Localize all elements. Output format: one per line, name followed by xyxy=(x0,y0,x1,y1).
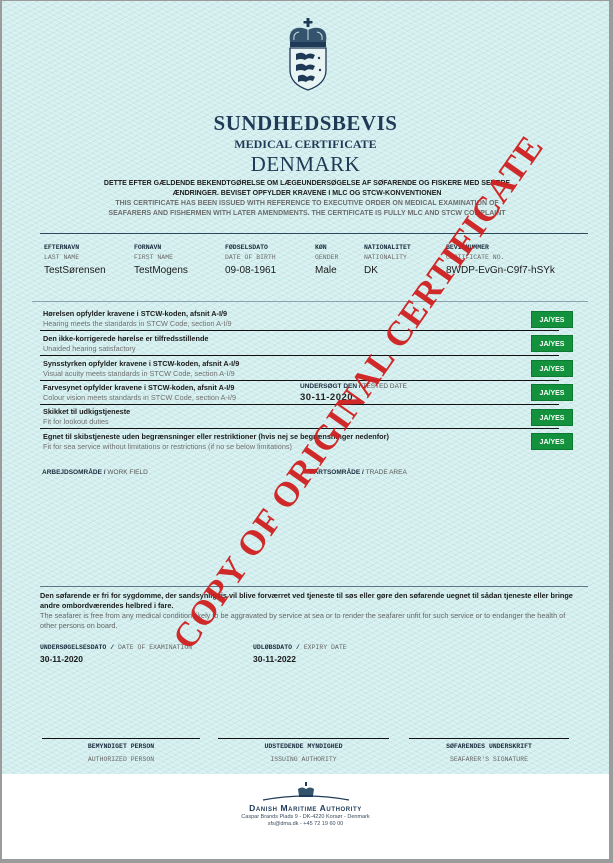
yes-badge: JA/YES xyxy=(531,311,573,328)
footer: Danish Maritime Authority Caspar Brands … xyxy=(2,780,609,827)
org-name: Danish Maritime Authority xyxy=(2,803,609,813)
requirement-row: Synsstyrken opfylder kravene i STCW-kode… xyxy=(40,356,559,381)
org-address: Caspar Brands Plads 9 - DK-4220 Korsør -… xyxy=(2,814,609,820)
certificate-body: SUNDHEDSBEVIS MEDICAL CERTIFICATE DENMAR… xyxy=(2,1,609,774)
work-field-label: ARBEJDSOMRÅDE / WORK FIELD xyxy=(42,469,148,476)
signature-seafarer: SØFARENDES UNDERSKRIFT SEAFARER'S SIGNAT… xyxy=(409,738,569,763)
danish-coat-of-arms-icon xyxy=(285,18,331,92)
yes-badge: JA/YES xyxy=(531,360,573,377)
yes-badge: JA/YES xyxy=(531,433,573,450)
signature-authorized-person: BEMYNDIGET PERSON AUTHORIZED PERSON xyxy=(42,738,200,763)
title-danish: SUNDHEDSBEVIS xyxy=(2,111,609,136)
requirement-row: Den ikke-korrigerede hørelse er tilfreds… xyxy=(40,331,559,356)
yes-badge: JA/YES xyxy=(531,335,573,352)
field-certificate-number: BEVISNUMMER CERTIFICATE NO. 8WDP-EvGn-C9… xyxy=(446,243,555,277)
country-title: DENMARK xyxy=(2,152,609,177)
field-last-name: EFTERNAVN LAST NAME TestSørensen xyxy=(44,243,106,277)
requirement-row: Hørelsen opfylder kravene i STCW-koden, … xyxy=(40,306,559,331)
intro-danish: DETTE EFTER GÆLDENDE BEKENDTGØRELSE OM L… xyxy=(102,179,512,199)
intro-text: DETTE EFTER GÆLDENDE BEKENDTGØRELSE OM L… xyxy=(102,179,512,219)
field-date-of-birth: FØDSELSDATO DATE OF BIRTH 09-08-1961 xyxy=(225,243,276,277)
trade-area-label: FARTSOMRÅDE / TRADE AREA xyxy=(310,469,407,476)
examination-date: UNDERSØGELSESDATO / DATE OF EXAMINATION … xyxy=(40,644,192,664)
divider xyxy=(40,233,588,234)
intro-english: THIS CERTIFICATE HAS BEEN ISSUED WITH RE… xyxy=(102,199,512,219)
crown-logo-icon xyxy=(261,780,351,802)
divider xyxy=(40,586,588,587)
requirement-row: Egnet til skibstjeneste uden begrænsning… xyxy=(40,429,559,453)
field-first-name: FORNAVN FIRST NAME TestMogens xyxy=(134,243,188,277)
divider xyxy=(32,301,588,302)
title-english: MEDICAL CERTIFICATE xyxy=(2,137,609,152)
expiry-date: UDLØBSDATO / EXPIRY DATE 30-11-2022 xyxy=(253,644,347,664)
fitness-declaration: Den søfarende er fri for sygdomme, der s… xyxy=(40,591,580,631)
tested-date: UNDERSØGT DEN / TESTED DATE 30-11-2020 xyxy=(300,383,407,403)
yes-badge: JA/YES xyxy=(531,384,573,401)
field-gender: KØN GENDER Male xyxy=(315,243,338,277)
requirement-row: Skikket til udkigstjeneste Fit for looko… xyxy=(40,404,559,429)
yes-badge: JA/YES xyxy=(531,409,573,426)
certificate-page: SUNDHEDSBEVIS MEDICAL CERTIFICATE DENMAR… xyxy=(2,1,609,859)
signature-issuing-authority: UDSTEDENDE MYNDIGHED ISSUING AUTHORITY xyxy=(218,738,389,763)
field-nationality: NATIONALITET NATIONALITY DK xyxy=(364,243,411,277)
org-contact: sfs@dma.dk - +45 72 19 60 00 xyxy=(2,821,609,827)
